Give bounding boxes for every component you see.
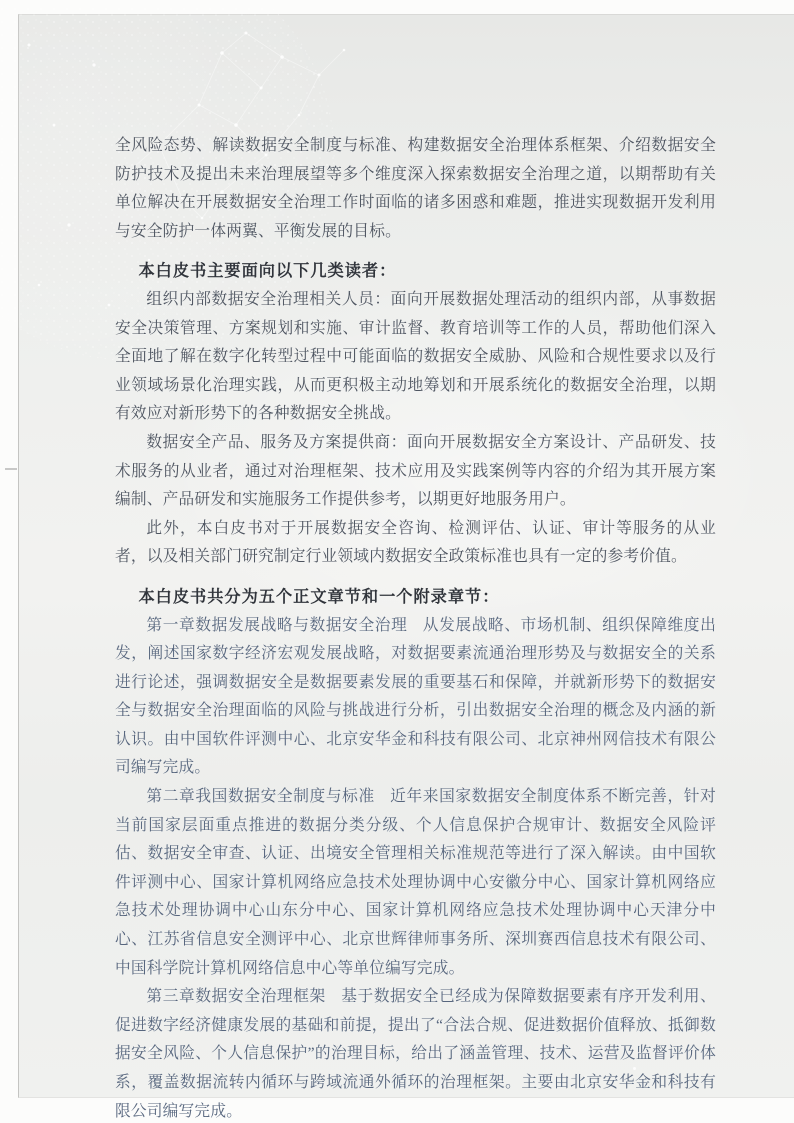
reader-paragraph-others: 此外，本白皮书对于开展数据安全咨询、检测评估、认证、审计等服务的从业者，以及相关… (115, 515, 716, 572)
chapter-summaries: 第一章数据发展战略与数据安全治理从发展战略、市场机制、组织保障维度出发，阐述国家… (115, 612, 716, 1123)
reader-paragraph-internal-staff: 组织内部数据安全治理相关人员：面向开展数据处理活动的组织内部，从事数据安全决策管… (115, 286, 716, 429)
chapter-2-title: 第二章我国数据安全制度与标准 (146, 788, 374, 805)
scanned-document-viewer: { "page": { "paper_color": "#eff0ee", "b… (0, 0, 794, 1123)
chapter-paragraph-2: 第二章我国数据安全制度与标准近年来国家数据安全制度体系不断完善，针对当前国家层面… (115, 783, 716, 983)
readers-section-heading: 本白皮书主要面向以下几类读者： (115, 257, 716, 286)
chapter-paragraph-1: 第一章数据发展战略与数据安全治理从发展战略、市场机制、组织保障维度出发，阐述国家… (115, 612, 716, 784)
chapter-1-title: 第一章数据发展战略与数据安全治理 (146, 617, 407, 634)
chapter-3-description: 基于数据安全已经成为保障数据要素有序开发利用、促进数字经济健康发展的基础和前提，… (115, 988, 716, 1119)
scanned-page: 全风险态势、解读数据安全制度与标准、构建数据安全治理体系框架、介绍数据安全防护技… (18, 14, 794, 1098)
reader-paragraph-vendors: 数据安全产品、服务及方案提供商：面向开展数据安全方案设计、产品研发、技术服务的从… (115, 429, 716, 515)
chapter-2-description: 近年来国家数据安全制度体系不断完善，针对当前国家层面重点推进的数据分类分级、个人… (115, 788, 716, 977)
chapters-section-heading: 本白皮书共分为五个正文章节和一个附录章节： (115, 583, 716, 612)
chapter-1-description: 从发展战略、市场机制、组织保障维度出发，阐述国家数字经济宏观发展战略，对数据要素… (115, 617, 716, 777)
registration-mark (5, 468, 17, 470)
intro-paragraph: 全风险态势、解读数据安全制度与标准、构建数据安全治理体系框架、介绍数据安全防护技… (115, 132, 716, 246)
chapter-paragraph-3: 第三章数据安全治理框架基于数据安全已经成为保障数据要素有序开发利用、促进数字经济… (115, 983, 716, 1123)
page-content: 全风险态势、解读数据安全制度与标准、构建数据安全治理体系框架、介绍数据安全防护技… (115, 132, 716, 1123)
chapter-3-title: 第三章数据安全治理框架 (146, 988, 325, 1005)
